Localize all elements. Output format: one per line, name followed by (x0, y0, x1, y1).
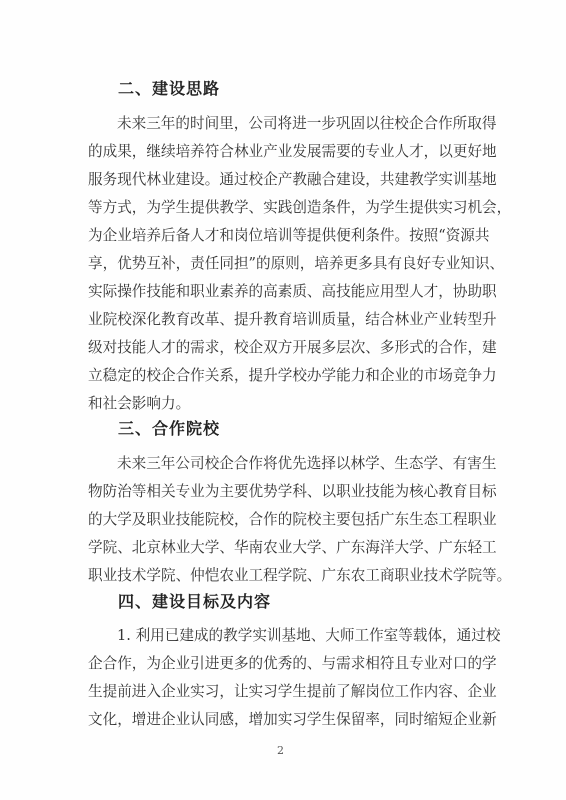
paragraph-line: 和社会影响力。 (88, 395, 190, 413)
paragraph-line: 立稳定的校企合作关系，提升学校办学能力和企业的市场竞争力 (88, 367, 484, 385)
paragraph-line: 实际操作技能和职业素养的高素质、高技能应用型人才，协助职 (88, 283, 484, 301)
paragraph-line: 企合作，为企业引进更多的优秀的、与需求相符且专业对口的学 (88, 655, 484, 673)
paragraph-line: 文化，增进企业认同感，增加实习学生保留率，同时缩短企业新 (88, 711, 484, 729)
section-heading-approach: 二、建设思路 (118, 76, 220, 99)
paragraph-line: 物防治等相关专业为主要优势学科、以职业技能为核心教育目标 (88, 483, 484, 501)
paragraph-line: 享，优势互补，责任同担”的原则，培养更多具有良好专业知识、 (88, 255, 484, 273)
paragraph-line: 等方式，为学生提供教学、实践创造条件，为学生提供实习机会， (88, 199, 484, 217)
paragraph-line: 服务现代林业建设。通过校企产教融合建设，共建教学实训基地 (88, 171, 484, 189)
section-heading-partner-schools: 三、合作院校 (118, 416, 220, 439)
paragraph-line: 未来三年公司校企合作将优先选择以林学、生态学、有害生 (117, 455, 484, 473)
section-heading-goals: 四、建设目标及内容 (118, 589, 271, 612)
paragraph-line: 职业技术学院、仲恺农业工程学院、广东农工商职业技术学院等。 (88, 567, 484, 585)
paragraph-line: 生提前进入企业实习，让实习学生提前了解岗位工作内容、企业 (88, 683, 484, 701)
paragraph-line: 业院校深化教育改革、提升教育培训质量，结合林业产业转型升 (88, 311, 484, 329)
paragraph-line: 学院、北京林业大学、华南农业大学、广东海洋大学、广东轻工 (88, 539, 484, 557)
paragraph-line: 未来三年的时间里，公司将进一步巩固以往校企合作所取得 (117, 115, 484, 133)
paragraph-line: 级对技能人才的需求，校企双方开展多层次、多形式的合作，建 (88, 339, 484, 357)
paragraph-line: 1. 利用已建成的教学实训基地、大师工作室等载体，通过校 (117, 627, 484, 645)
paragraph-line: 为企业培养后备人才和岗位培训等提供便利条件。按照“资源共 (88, 227, 484, 245)
page-number: 2 (277, 744, 284, 757)
document-page: 二、建设思路 未来三年的时间里，公司将进一步巩固以往校企合作所取得 的成果，继续… (0, 0, 566, 800)
paragraph-line: 的大学及职业技能院校，合作的院校主要包括广东生态工程职业 (88, 511, 484, 529)
paragraph-line: 的成果，继续培养符合林业产业发展需要的专业人才，以更好地 (88, 143, 484, 161)
